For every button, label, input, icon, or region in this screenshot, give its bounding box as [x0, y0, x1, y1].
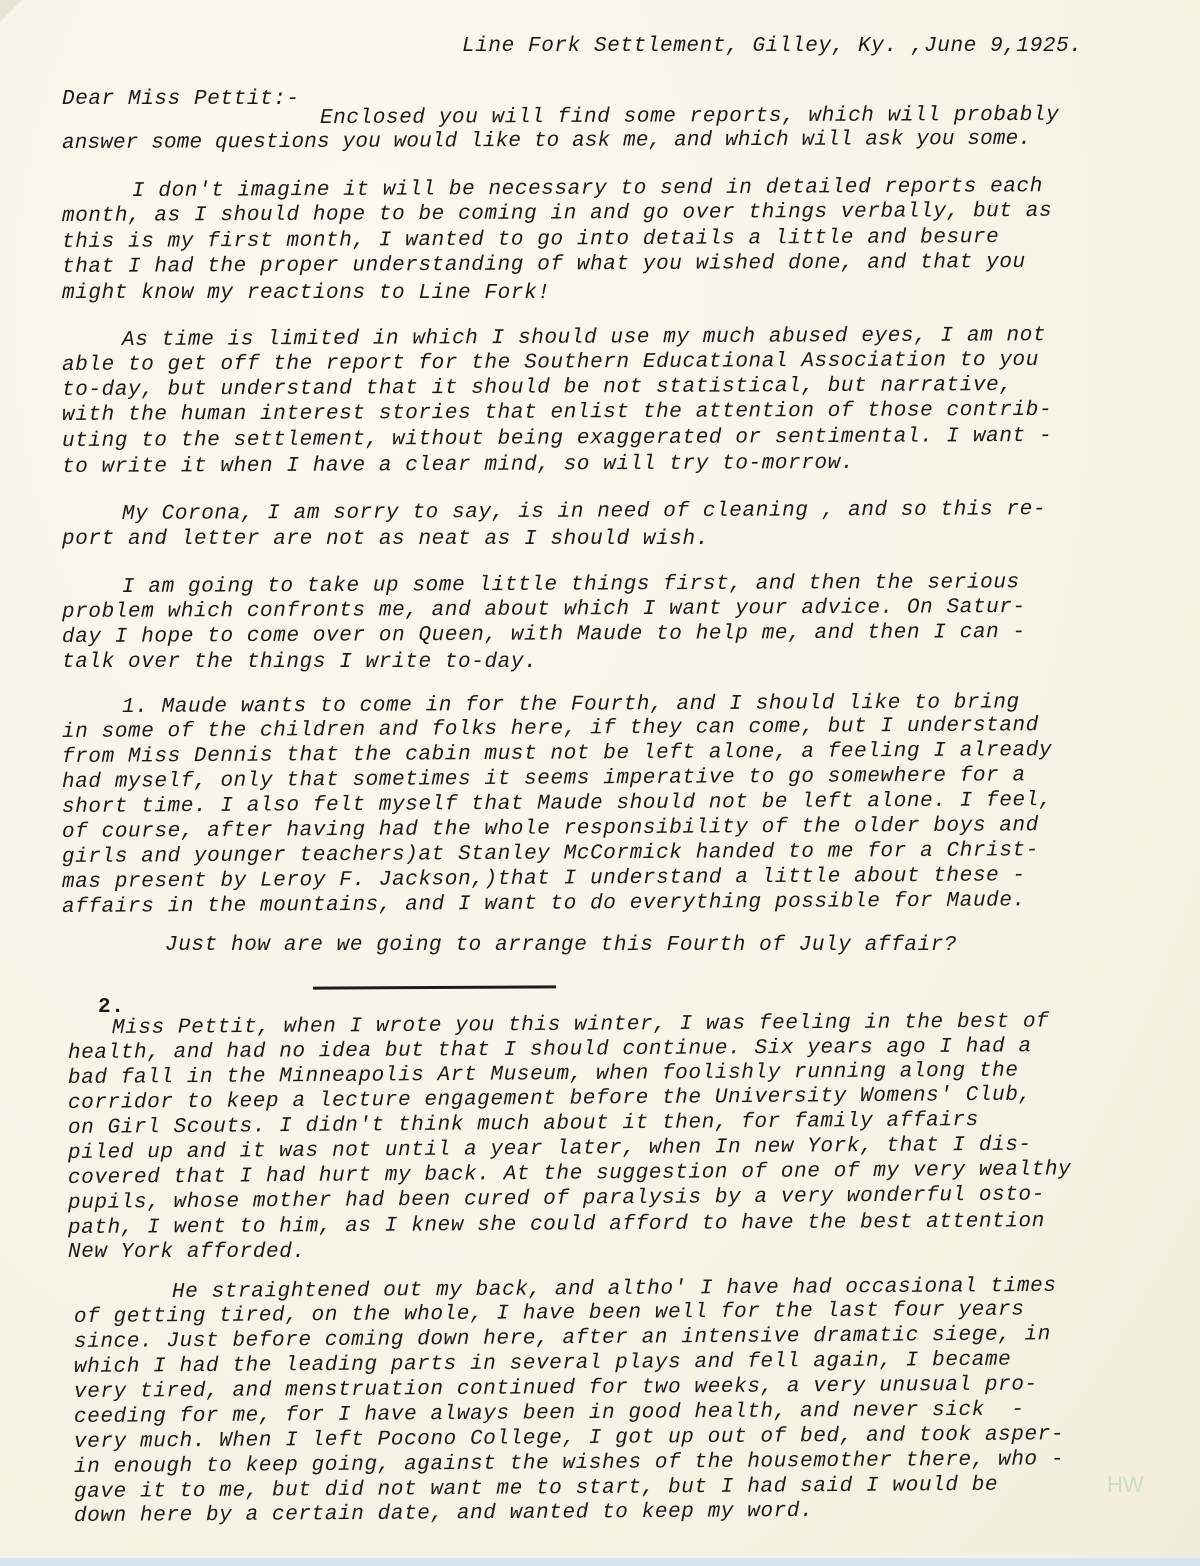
item-1-line-5: short time. I also felt myself that Maud… — [62, 790, 1052, 818]
page-corner-fold — [0, 0, 22, 22]
paragraph-2-line-5: might know my reactions to Line Fork! — [62, 283, 550, 304]
letter-heading: Line Fork Settlement, Gilley, Ky. ,June … — [462, 36, 1083, 57]
item-1-line-7: girls and younger teachers)at Stanley Mc… — [62, 840, 1039, 868]
item-2-line-8: pupils, whose mother had been cured of p… — [68, 1184, 1045, 1214]
paragraph-4-line-1: My Corona, I am sorry to say, is in need… — [122, 499, 1046, 525]
letter-page: Line Fork Settlement, Gilley, Ky. ,June … — [0, 0, 1200, 1558]
paragraph-3-line-5: uting to the settlement, without being e… — [62, 426, 1052, 452]
item-1-line-8: mas present by Leroy F. Jackson,)that I … — [62, 865, 1026, 893]
item-1-line-3: from Miss Dennis that the cabin must not… — [62, 740, 1052, 768]
paragraph-2-line-2: month, as I should hope to be coming in … — [62, 201, 1052, 227]
paragraph-2-line-1: I don't imagine it will be necessary to … — [132, 176, 1043, 202]
paragraph-5-line-2: problem which confronts me, and about wh… — [62, 597, 1026, 623]
fourth-of-july-question: Just how are we going to arrange this Fo… — [165, 935, 957, 956]
paragraph-5-line-4: talk over the things I write to-day. — [62, 652, 537, 673]
item-2-line-10: New York afforded. — [68, 1242, 306, 1263]
salutation: Dear Miss Pettit:- — [62, 89, 300, 110]
paragraph-3-line-3: to-day, but understand that it should be… — [62, 375, 1013, 401]
paragraph-3-line-2: able to get off the report for the South… — [62, 350, 1039, 376]
paragraph-1-line-1: Enclosed you will find some reports, whi… — [320, 105, 1059, 129]
item-2-number: 2. — [98, 997, 124, 1018]
scan-bottom-edge — [0, 1558, 1200, 1566]
paragraph-3-line-6: to write it when I have a clear mind, so… — [62, 453, 854, 478]
item-1-line-4: had myself, only that sometimes it seems… — [62, 765, 1026, 793]
paragraph-1-line-2: answer some questions you would like to … — [62, 129, 1031, 154]
item-2-line-1: Miss Pettit, when I wrote you this winte… — [112, 1011, 1049, 1039]
item-1-line-1: 1. Maude wants to come in for the Fourth… — [122, 692, 1020, 718]
paragraph-5-line-1: I am going to take up some little things… — [122, 572, 1020, 598]
final-paragraph-line-10: down here by a certain date, and wanted … — [74, 1501, 813, 1527]
final-paragraph-line-9: gave it to me, but did not want me to st… — [74, 1475, 998, 1503]
paragraph-5-line-3: day I hope to come over on Queen, with M… — [62, 622, 1026, 648]
paragraph-2-line-4: that I had the proper understanding of w… — [62, 252, 1026, 278]
paragraph-4-line-2: port and letter are not as neat as I sho… — [62, 529, 709, 550]
item-1-line-6: of course, after having had the whole re… — [62, 815, 1039, 843]
item-2-line-9: path, I went to him, as I knew she could… — [68, 1211, 1045, 1239]
archive-watermark: HW — [1107, 1472, 1144, 1498]
paragraph-3-line-1: As time is limited in which I should use… — [122, 325, 1046, 351]
paragraph-3-line-4: with the human interest stories that enl… — [62, 400, 1052, 426]
item-1-line-2: in some of the children and folks here, … — [62, 715, 1039, 743]
section-divider — [313, 985, 556, 989]
paragraph-2-line-3: this is my first month, I wanted to go i… — [62, 227, 999, 253]
item-1-line-9: affairs in the mountains, and I want to … — [62, 890, 1026, 918]
